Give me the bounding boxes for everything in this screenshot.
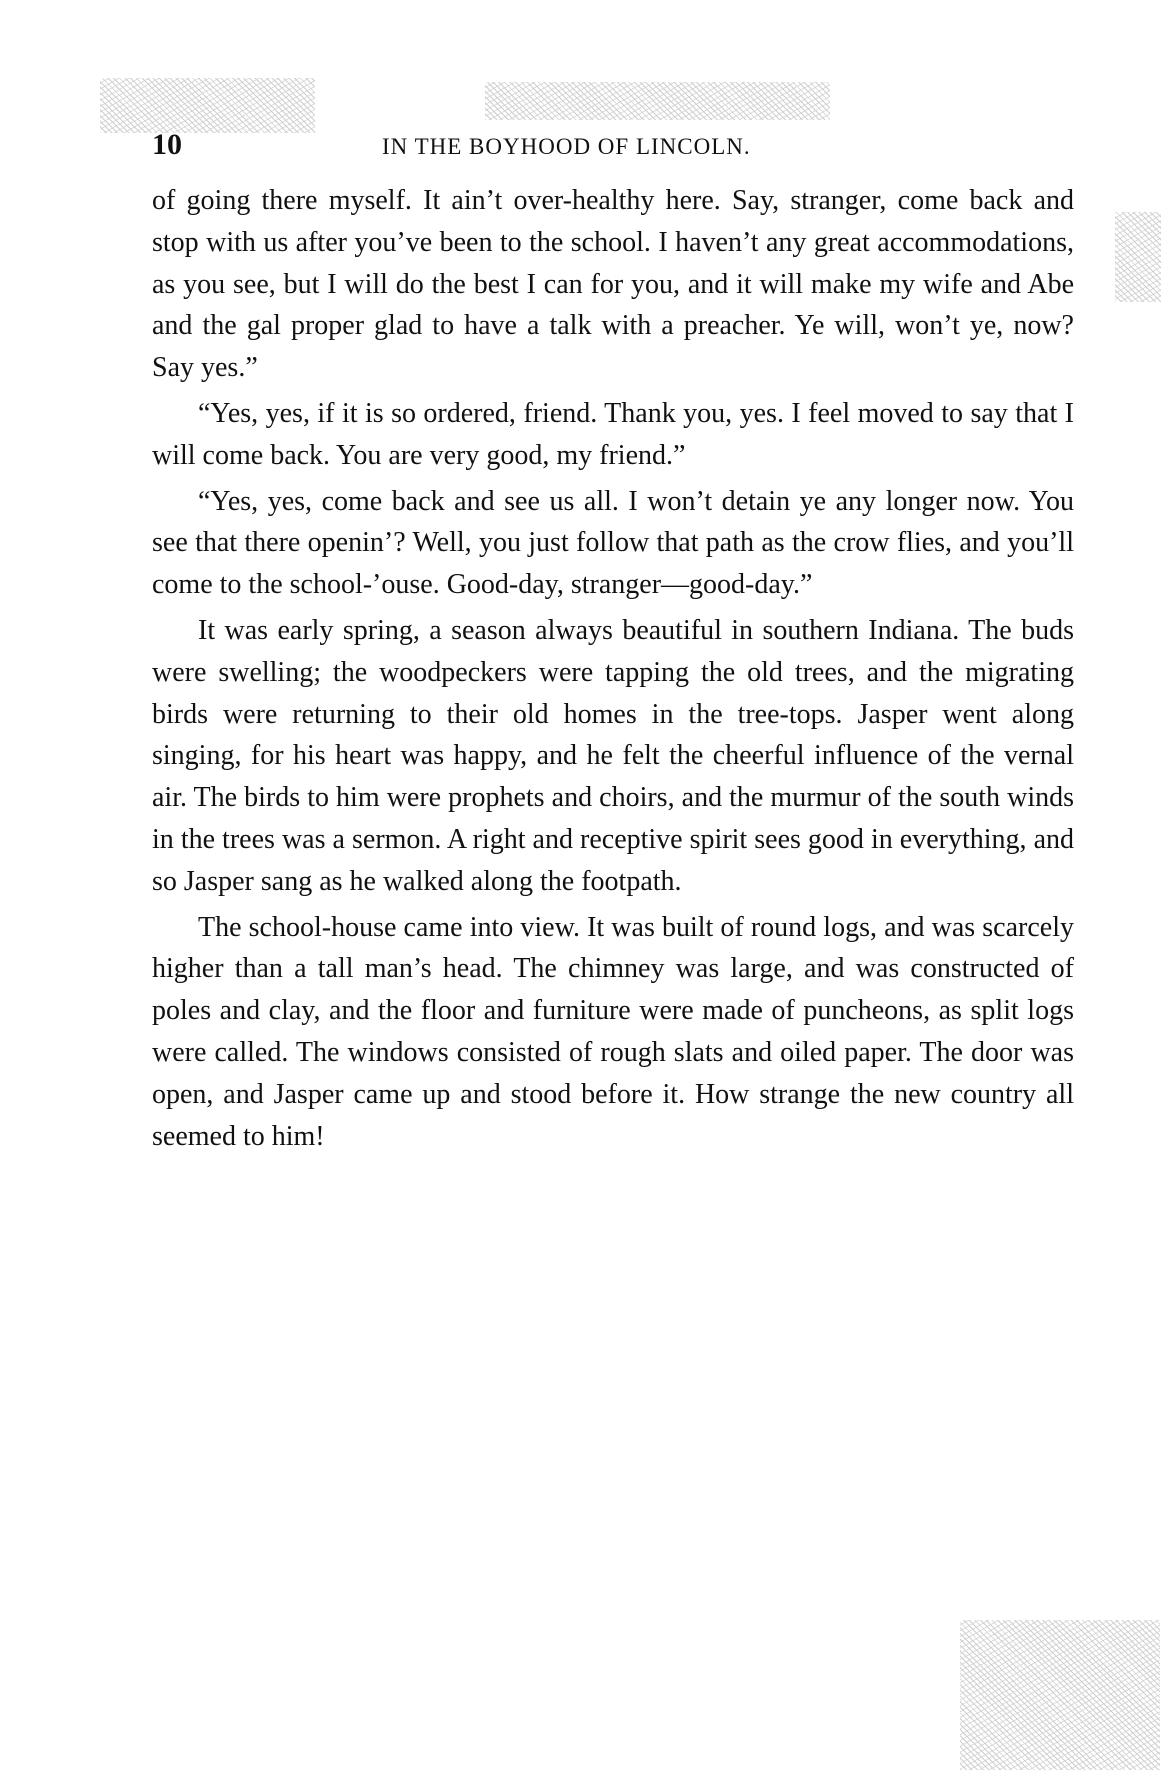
- scan-artifact: [960, 1620, 1160, 1770]
- paragraph: “Yes, yes, come back and see us all. I w…: [152, 481, 1074, 606]
- page-number: 10: [152, 128, 182, 162]
- body-text: of going there myself. It ain’t over-hea…: [152, 180, 1074, 1157]
- paragraph: The school-house came into view. It was …: [152, 907, 1074, 1158]
- scan-artifact: [485, 82, 830, 120]
- paragraph: It was early spring, a season always bea…: [152, 610, 1074, 903]
- paragraph: “Yes, yes, if it is so ordered, friend. …: [152, 393, 1074, 477]
- running-title: IN THE BOYHOOD OF LINCOLN.: [382, 134, 751, 160]
- page-header: 10 IN THE BOYHOOD OF LINCOLN.: [152, 128, 1082, 168]
- paragraph: of going there myself. It ain’t over-hea…: [152, 180, 1074, 389]
- scan-artifact: [100, 78, 315, 133]
- scan-artifact: [1115, 212, 1161, 302]
